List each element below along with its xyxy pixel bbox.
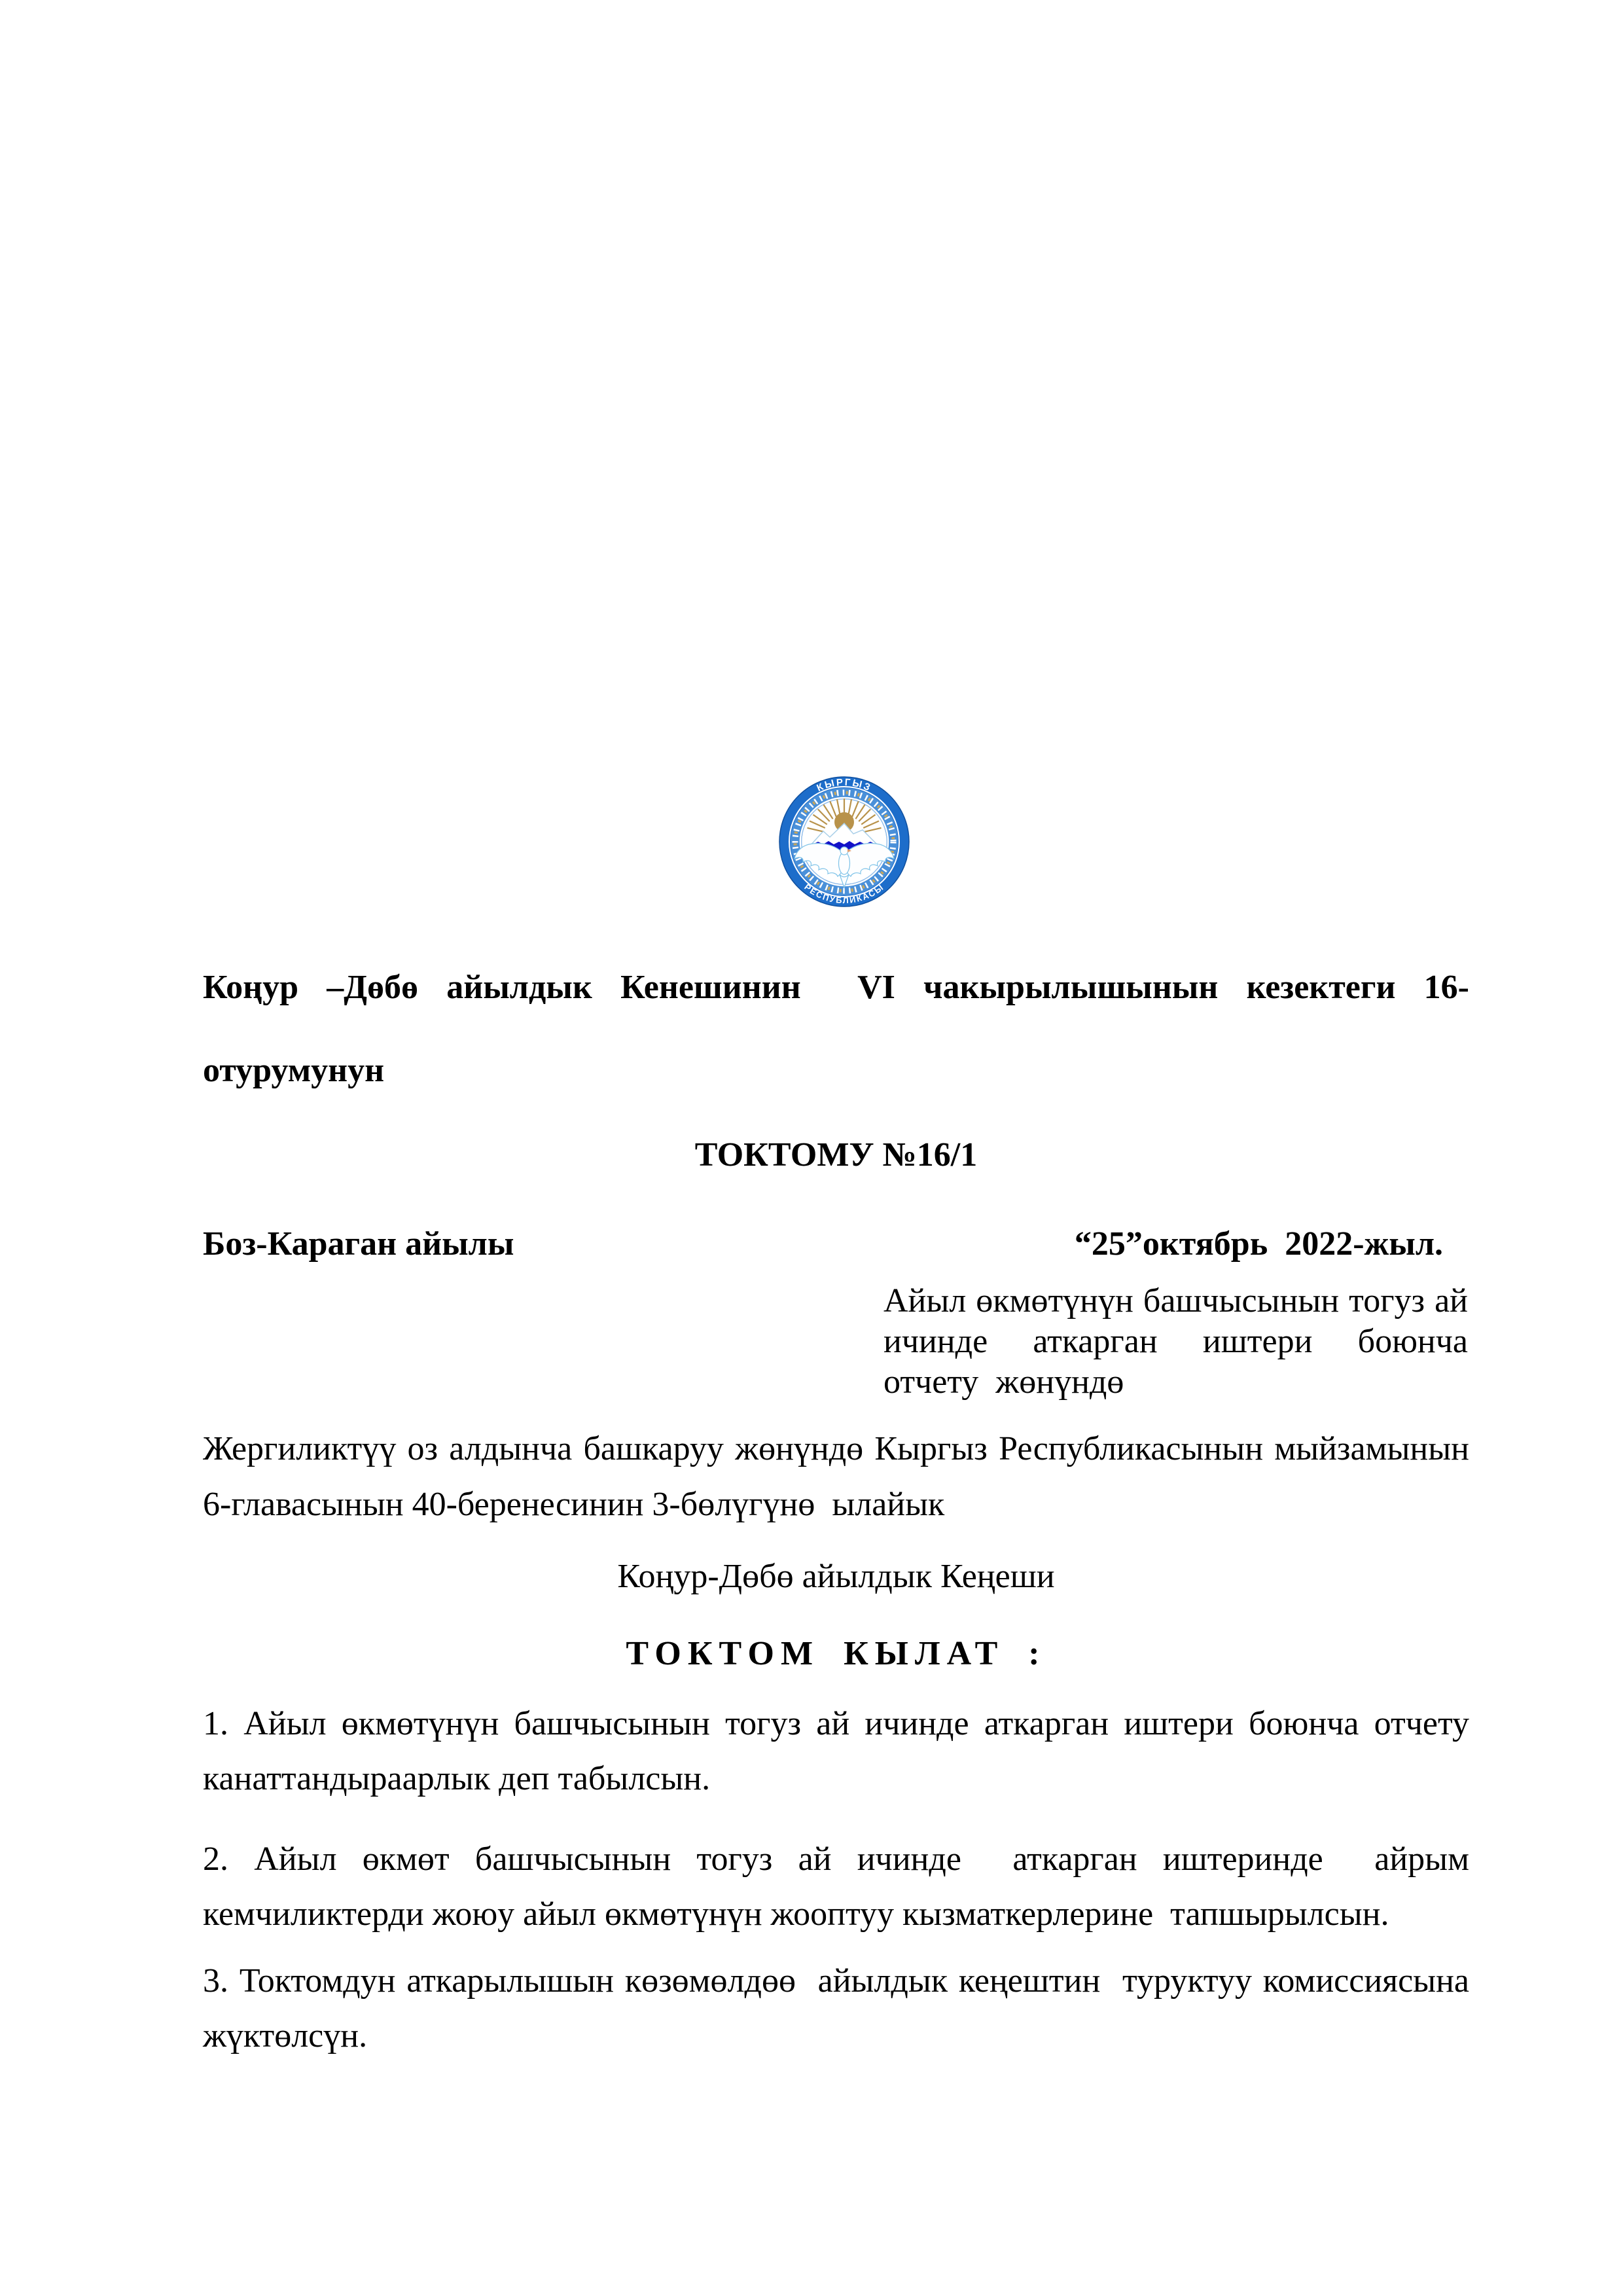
council-name: Коңур-Дөбө айылдык Кеңеши bbox=[203, 1556, 1469, 1597]
subject-annotation: Айыл өкмөтүнүн башчысынын тогуз ай ичинд… bbox=[883, 1281, 1468, 1403]
place-date-row: Боз-Караган айылы “25”октябрь 2022-жыл. bbox=[203, 1224, 1469, 1265]
decree-date: “25”октябрь 2022-жыл. bbox=[1075, 1224, 1443, 1265]
annotation-line-2: ичинде аткарган иштери боюнча bbox=[883, 1321, 1468, 1362]
resolution-item-1: 1. Айыл өкмөтүнүн башчысынын тогуз ай ич… bbox=[203, 1696, 1469, 1806]
annotation-line-1: Айыл өкмөтүнүн башчысынын тогуз ай bbox=[883, 1281, 1468, 1321]
item-1-line-1: 1. Айыл өкмөтүнүн башчысынын тогуз ай ич… bbox=[203, 1696, 1469, 1751]
session-heading: Коңур –Дөбө айылдык Кенешинин VI чакырыл… bbox=[203, 946, 1469, 1112]
place-name: Боз-Караган айылы bbox=[203, 1224, 514, 1265]
item-2-line-1: 2. Айыл өкмөт башчысынын тогуз ай ичинде… bbox=[203, 1832, 1469, 1887]
item-3-line-2: жүктөлсүн. bbox=[203, 2009, 1469, 2064]
decree-number-title: ТОКТОМУ №16/1 bbox=[203, 1135, 1469, 1175]
legal-basis-line-2: 6-главасынын 40-беренесинин 3-бөлүгүнө ы… bbox=[203, 1477, 1469, 1532]
item-1-line-2: канаттандыраарлык деп табылсын. bbox=[203, 1751, 1469, 1806]
legal-basis-paragraph: Жергиликтүү оз алдынча башкаруу жөнүндө … bbox=[203, 1421, 1469, 1532]
item-2-line-2: кемчиликтерди жоюу айыл өкмөтүнүн жоопту… bbox=[203, 1887, 1469, 1942]
kyrgyz-republic-emblem: КЫРГЫЗ РЕСПУБЛИКАСЫ bbox=[779, 776, 910, 907]
resolution-item-2: 2. Айыл өкмөт башчысынын тогуз ай ичинде… bbox=[203, 1832, 1469, 1942]
legal-basis-line-1: Жергиликтүү оз алдынча башкаруу жөнүндө … bbox=[203, 1421, 1469, 1477]
resolution-item-3: 3. Токтомдун аткарылышын көзөмөлдөө айыл… bbox=[203, 1954, 1469, 2064]
item-3-line-1: 3. Токтомдун аткарылышын көзөмөлдөө айыл… bbox=[203, 1954, 1469, 2009]
heading-line-1: Коңур –Дөбө айылдык Кенешинин VI чакырыл… bbox=[203, 946, 1469, 1029]
heading-line-2: отурумунун bbox=[203, 1029, 1469, 1112]
resolves-heading: ТОКТОМ КЫЛАТ : bbox=[203, 1634, 1469, 1674]
annotation-line-3: отчету жөнүндө bbox=[883, 1362, 1468, 1403]
document-page: КЫРГЫЗ РЕСПУБЛИКАСЫ Коңур –Дөбө айылдык … bbox=[0, 0, 1623, 2296]
